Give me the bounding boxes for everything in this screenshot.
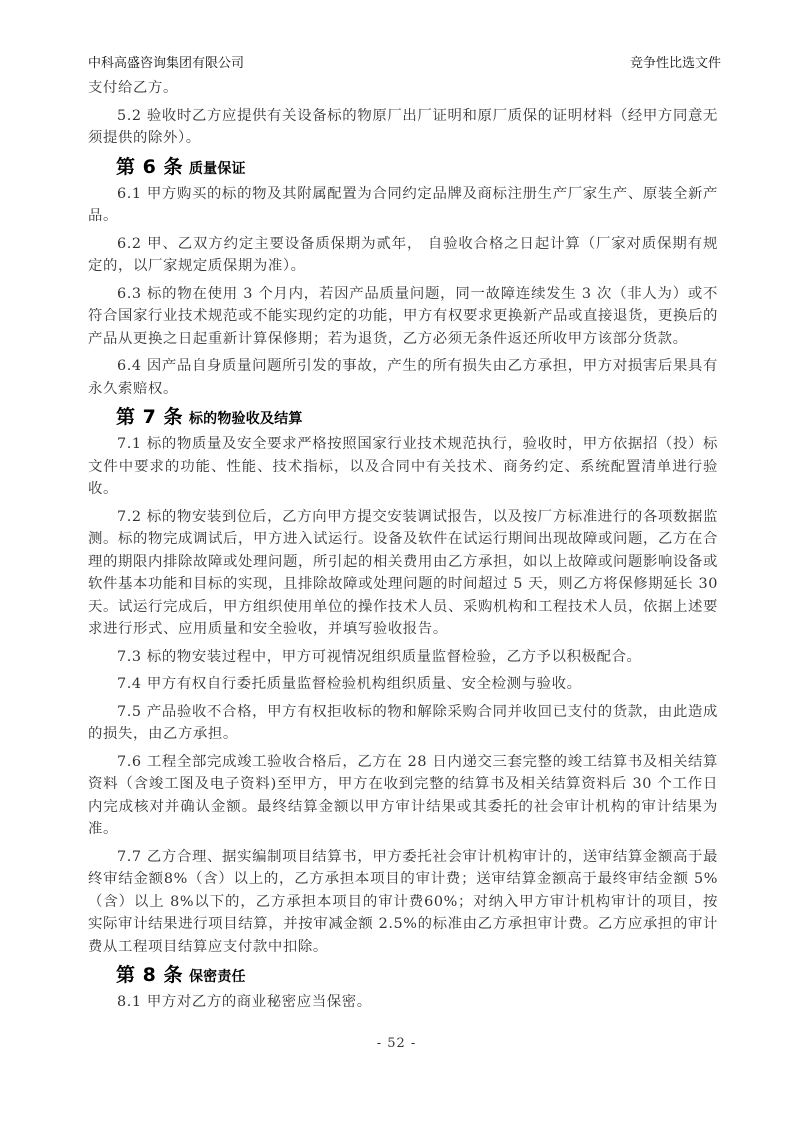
article-6-heading: 第 6 条质量保证 [88, 155, 718, 181]
header-company-name: 中科高盛咨询集团有限公司 [88, 55, 244, 73]
clause-6-3: 6.3 标的物在使用 3 个月内，若因产品质量问题，同一故障连续发生 3 次（非… [88, 283, 718, 351]
paragraph-continuation: 支付给乙方。 [88, 77, 718, 100]
article-7-heading: 第 7 条标的物验收及结算 [88, 405, 718, 431]
article-6-number: 第 6 条 [116, 156, 183, 178]
clause-7-1: 7.1 标的物质量及安全要求严格按照国家行业技术规范执行，验收时，甲方依据招（投… [88, 433, 718, 501]
clause-8-1: 8.1 甲方对乙方的商业秘密应当保密。 [88, 991, 718, 1014]
clause-6-4: 6.4 因产品自身质量问题所引发的事故，产生的所有损失由乙方承担，甲方对损害后果… [88, 355, 718, 400]
clause-7-3: 7.3 标的物安装过程中，甲方可视情况组织质量监督检验，乙方予以积极配合。 [88, 646, 718, 669]
clause-6-2: 6.2 甲、乙双方约定主要设备质保期为贰年， 自验收合格之日起计算（厂家对质保期… [88, 233, 718, 278]
article-8-number: 第 8 条 [116, 964, 183, 986]
page-header: 中科高盛咨询集团有限公司 竞争性比选文件 [88, 55, 721, 73]
clause-6-1: 6.1 甲方购买的标的物及其附属配置为合同约定品牌及商标注册生产厂家生产、原装全… [88, 183, 718, 228]
article-8-title: 保密责任 [189, 969, 246, 985]
article-7-number: 第 7 条 [116, 406, 183, 428]
article-6-title: 质量保证 [189, 161, 246, 177]
page-number: - 52 - [0, 1036, 793, 1051]
clause-7-7: 7.7 乙方合理、据实编制项目结算书，甲方委托社会审计机构审计的，送审结算金额高… [88, 846, 718, 959]
clause-7-5: 7.5 产品验收不合格，甲方有权拒收标的物和解除采购合同并收回已支付的货款，由此… [88, 701, 718, 746]
clause-7-4: 7.4 甲方有权自行委托质量监督检验机构组织质量、安全检测与验收。 [88, 673, 718, 696]
article-7-title: 标的物验收及结算 [189, 411, 303, 427]
clause-7-6: 7.6 工程全部完成竣工验收合格后，乙方在 28 日内递交三套完整的竣工结算书及… [88, 751, 718, 841]
clause-7-2: 7.2 标的物安装到位后，乙方向甲方提交安装调试报告，以及按厂方标准进行的各项数… [88, 506, 718, 641]
header-document-type: 竞争性比选文件 [630, 55, 721, 73]
article-8-heading: 第 8 条保密责任 [88, 963, 718, 989]
clause-5-2: 5.2 验收时乙方应提供有关设备标的物原厂出厂证明和原厂质保的证明材料（经甲方同… [88, 105, 718, 150]
document-body: 支付给乙方。 5.2 验收时乙方应提供有关设备标的物原厂出厂证明和原厂质保的证明… [88, 77, 718, 1019]
